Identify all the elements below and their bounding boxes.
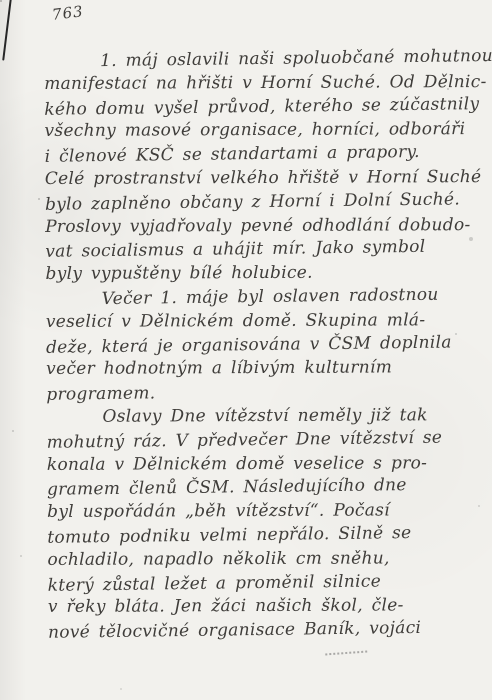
handwriting-line: ochladilo, napadlo několik cm sněhu, (47, 547, 477, 573)
handwriting-line: mohutný ráz. V předvečer Dne vítězství s… (47, 426, 477, 455)
handwriting-line: manifestací na hřišti v Horní Suché. Od … (44, 71, 474, 97)
handwriting-line: 1. máj oslavili naši spoluobčané mohutno… (44, 45, 474, 74)
handwriting-line: nové tělocvičné organisace Baník, vojáci (48, 616, 478, 645)
scanned-chronicle-page: 763 1. máj oslavili naši spoluobčané moh… (0, 0, 492, 700)
handwriting-line: Celé prostranství velkého hřiště v Horní… (45, 166, 475, 192)
pencil-smudge (325, 644, 368, 656)
handwriting-line: bylo zaplněno občany z Horní i Dolní Suc… (45, 188, 475, 217)
handwriting-line: veselicí v Dělnickém domě. Skupina mlá- (46, 309, 476, 335)
handwriting-line: Večer 1. máje byl oslaven radostnou (46, 283, 476, 312)
scan-edge-mark (2, 0, 12, 61)
handwritten-text-block: 1. máj oslavili naši spoluobčané mohutno… (44, 47, 478, 645)
page-number: 763 (51, 2, 85, 24)
handwriting-line: Oslavy Dne vítězství neměly již tak (46, 404, 476, 430)
handwriting-line: tomuto podniku velmi nepřálo. Silně se (47, 521, 477, 550)
